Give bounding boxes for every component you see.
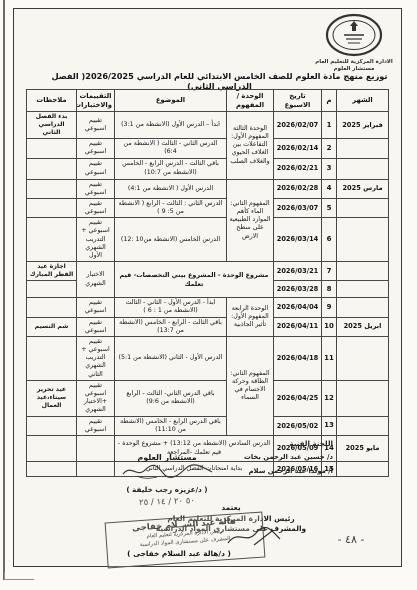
page-title: توزيع منهج مادة العلوم للصف الخامس الابت… xyxy=(44,71,395,91)
cell-eval: تقييم اسبوعي xyxy=(77,139,115,158)
cell-topic: الدرس الثاني : الثالث - الرابع ( الانشطة… xyxy=(115,198,227,217)
cell-eval: تقييم اسبوعي xyxy=(77,198,115,217)
cell-month xyxy=(337,262,389,281)
cell-unit: المفهوم الثاني: الطاقة وحركة الاجسام في … xyxy=(227,336,274,435)
table-row: 13 2026/05/02 باقي الدرس الرابع - الخامس… xyxy=(27,416,389,435)
cell-num: 13 xyxy=(322,416,337,435)
cell-num: 2 xyxy=(322,139,337,158)
page-number: - ٤٨ - xyxy=(316,533,386,546)
table-row: 3 2026/02/21 باقي الثالث - الدرس الرابع … xyxy=(27,158,389,179)
approver-name: ( د/هالة عبد السلام خفاجى ) xyxy=(114,549,244,558)
cell-topic: الدرس الخامس (الانشطة من10 :12) xyxy=(115,218,227,262)
cell-date: 2026/04/11 xyxy=(274,317,322,336)
approval-label: يعتمد xyxy=(126,503,336,514)
cell-date: 2026/03/21 xyxy=(274,262,322,281)
scan-corner-mark xyxy=(4,572,34,580)
cell-date: 2026/02/28 xyxy=(274,179,322,198)
cell-notes xyxy=(27,336,77,380)
cell-notes xyxy=(27,179,77,198)
cell-num: 8 xyxy=(322,281,337,298)
cell-topic: باقي الثالث - الدرس الرابع - الخامس (الا… xyxy=(115,158,227,179)
logo-org-line1: الادارة المركزية للتعليم العام xyxy=(315,59,393,66)
cell-topic: الدرس الأول - الثاني (الانشطة من 5:1) xyxy=(115,336,227,380)
cell-topic: باقي الدرس الثاني- الثالث - الرابع (الان… xyxy=(115,380,227,416)
cell-notes xyxy=(27,281,77,298)
col-header-evaluations: التقييمات والاختبارات xyxy=(77,90,115,112)
cell-month xyxy=(337,380,389,416)
cell-num: 4 xyxy=(322,179,337,198)
cell-topic: الدرس الأول ( الانشطة من 4:1) xyxy=(115,179,227,198)
curriculum-table: الشهر م تاريخ الاسبوع الوحدة /المفهوم ال… xyxy=(26,89,389,477)
table-row: 6 2026/03/14 الدرس الخامس (الانشطة من10 … xyxy=(27,218,389,262)
cell-notes xyxy=(27,158,77,179)
cell-topic: باقي الثالث - الرابع - الخامس (الانشطة م… xyxy=(115,317,227,336)
cell-month: مايو 2025 xyxy=(337,436,389,462)
col-header-notes: ملاحظات xyxy=(27,90,77,112)
cell-month xyxy=(337,462,389,477)
table-row: 2 2026/02/14 الدرس الثاني - الثالث ( الا… xyxy=(27,139,389,158)
cell-eval: تقييم اسبوعي xyxy=(77,298,115,317)
document-page: الادارة المركزية للتعليم العام مستشار ال… xyxy=(13,8,402,567)
advisor-name: ( د/عزيزه رجب خليفة ) xyxy=(102,485,232,494)
cell-unit-project: مشروع الوحدة - المشروع بيني التخصصات- قي… xyxy=(115,262,274,298)
cell-month: ابريل 2025 xyxy=(337,317,389,336)
advisor-signature-icon xyxy=(117,462,217,480)
cell-num: 3 xyxy=(322,158,337,179)
cell-eval: تقييم اسبوعي xyxy=(77,317,115,336)
cell-topic: الدرس الثاني - الثالث ( الانشطة من 6:4) xyxy=(115,139,227,158)
cell-eval: تقييم اسبوعي + التدريب الشهري الأول xyxy=(77,218,115,262)
table-row: فبراير 2025 1 2026/02/07 الوحدة الثالثة … xyxy=(27,112,389,139)
cell-unit: المفهوم الثاني: الماء كأهم الموارد الطبي… xyxy=(227,179,274,262)
cell-notes xyxy=(27,298,77,317)
cell-unit: الوحدة الثالثة المفهوم الأول: التفاعلات … xyxy=(227,112,274,180)
cell-month: فبراير 2025 xyxy=(337,112,389,139)
cell-num: 12 xyxy=(322,380,337,416)
cell-date: 2026/02/21 xyxy=(274,158,322,179)
cell-date: 2026/04/25 xyxy=(274,380,322,416)
cell-date: 2026/03/28 xyxy=(274,281,322,298)
table-row: 7 2026/03/21 مشروع الوحدة - المشروع بيني… xyxy=(27,262,389,281)
col-header-week-date: تاريخ الاسبوع xyxy=(274,90,322,112)
cell-notes xyxy=(27,416,77,435)
cell-month xyxy=(337,218,389,262)
ministry-logo: الادارة المركزية للتعليم العام مستشار ال… xyxy=(315,13,393,74)
cell-unit: الوحدة الرابعة المفهوم الأول: تأثير الجا… xyxy=(227,298,274,337)
table-row: 9 2026/04/04 الوحدة الرابعة المفهوم الأو… xyxy=(27,298,389,317)
cell-date: 2026/02/14 xyxy=(274,139,322,158)
cell-eval: تقييم اسبوعي xyxy=(77,179,115,198)
cell-date: 2026/05/02 xyxy=(274,416,322,435)
approver-signature-icon xyxy=(224,525,284,549)
cell-eval: تقييم اسبوعي xyxy=(77,112,115,139)
cell-notes: شم النسيم xyxy=(27,317,77,336)
cell-month xyxy=(337,139,389,158)
cell-topic: ابدأ - الدرس الأول - الثاني - الثالث (ال… xyxy=(115,298,227,317)
cell-eval: تقييم اسبوعي xyxy=(77,158,115,179)
cell-notes: اجازة عيد الفطر المبارك xyxy=(27,262,77,281)
scan-edge-line xyxy=(3,0,5,580)
cell-notes: عيد تحرير سيناء،عيد العمال xyxy=(27,380,77,416)
cell-month xyxy=(337,298,389,317)
col-header-topic: الموضوع xyxy=(115,90,227,112)
cell-date: 2026/04/04 xyxy=(274,298,322,317)
cell-date: 2026/02/07 xyxy=(274,112,322,139)
cell-num: 10 xyxy=(322,317,337,336)
table-row: ابريل 2025 10 2026/04/11 باقي الثالث - ا… xyxy=(27,317,389,336)
cell-date: 2026/03/07 xyxy=(274,198,322,217)
col-header-month: الشهر xyxy=(337,90,389,112)
col-header-unit: الوحدة /المفهوم xyxy=(227,90,274,112)
cell-notes xyxy=(27,436,77,462)
col-header-num: م xyxy=(322,90,337,112)
science-advisor-block: مستشار العلوم ( د/عزيزه رجب خليفة ) ٥٠ ٢… xyxy=(102,453,232,507)
cell-num: 5 xyxy=(322,198,337,217)
table-header-row: الشهر م تاريخ الاسبوع الوحدة /المفهوم ال… xyxy=(27,90,389,112)
table-row: مارس 2025 4 2026/02/28 المفهوم الثاني: ا… xyxy=(27,179,389,198)
table-row: 12 2026/04/25 باقي الدرس الثاني- الثالث … xyxy=(27,380,389,416)
cell-notes xyxy=(27,198,77,217)
cell-notes: بدء الفصل الدراسي الثاني xyxy=(27,112,77,139)
cell-month xyxy=(337,198,389,217)
cell-month xyxy=(337,336,389,380)
ministry-stamp-icon xyxy=(325,13,383,57)
cell-month: مارس 2025 xyxy=(337,179,389,198)
cell-eval: تقييم اسبوعي + التدريب الشهري الثاني xyxy=(77,336,115,380)
cell-eval: الاختبار الشهري xyxy=(77,262,115,298)
committee-title: اللجنة الفنية xyxy=(244,437,333,451)
technical-committee-block: اللجنة الفنية د/ حسين عبد الرحمن بخات أ/… xyxy=(244,437,333,479)
cell-date: 2026/03/14 xyxy=(274,218,322,262)
cell-topic: ابدأ – الدرس الأول (الانشطة من 3:1) xyxy=(115,112,227,139)
cell-notes xyxy=(27,218,77,262)
cell-num: 11 xyxy=(322,336,337,380)
cell-num: 6 xyxy=(322,218,337,262)
cell-month xyxy=(337,281,389,298)
committee-member: أ/ موندا عبد الرحمن سلام xyxy=(244,465,333,479)
cell-num: 1 xyxy=(322,112,337,139)
cell-num: 7 xyxy=(322,262,337,281)
advisor-title: مستشار العلوم xyxy=(102,453,232,462)
table-row: 11 2026/04/18 المفهوم الثاني: الطاقة وحر… xyxy=(27,336,389,380)
cell-eval: تقييم اسبوعي +الاختبار الشهري xyxy=(77,380,115,416)
cell-month xyxy=(337,158,389,179)
cell-num: 9 xyxy=(322,298,337,317)
cell-date: 2026/04/18 xyxy=(274,336,322,380)
cell-notes xyxy=(27,139,77,158)
cell-eval: تقييم اسبوعي xyxy=(77,416,115,435)
cell-notes xyxy=(27,462,77,477)
committee-member: د/ حسين عبد الرحمن بخات xyxy=(244,451,333,465)
cell-topic: باقي الدرس الرابع - الخامس (الانشطة من 1… xyxy=(115,416,227,435)
cell-month xyxy=(337,416,389,435)
table-row: 5 2026/03/07 الدرس الثاني : الثالث - الر… xyxy=(27,198,389,217)
